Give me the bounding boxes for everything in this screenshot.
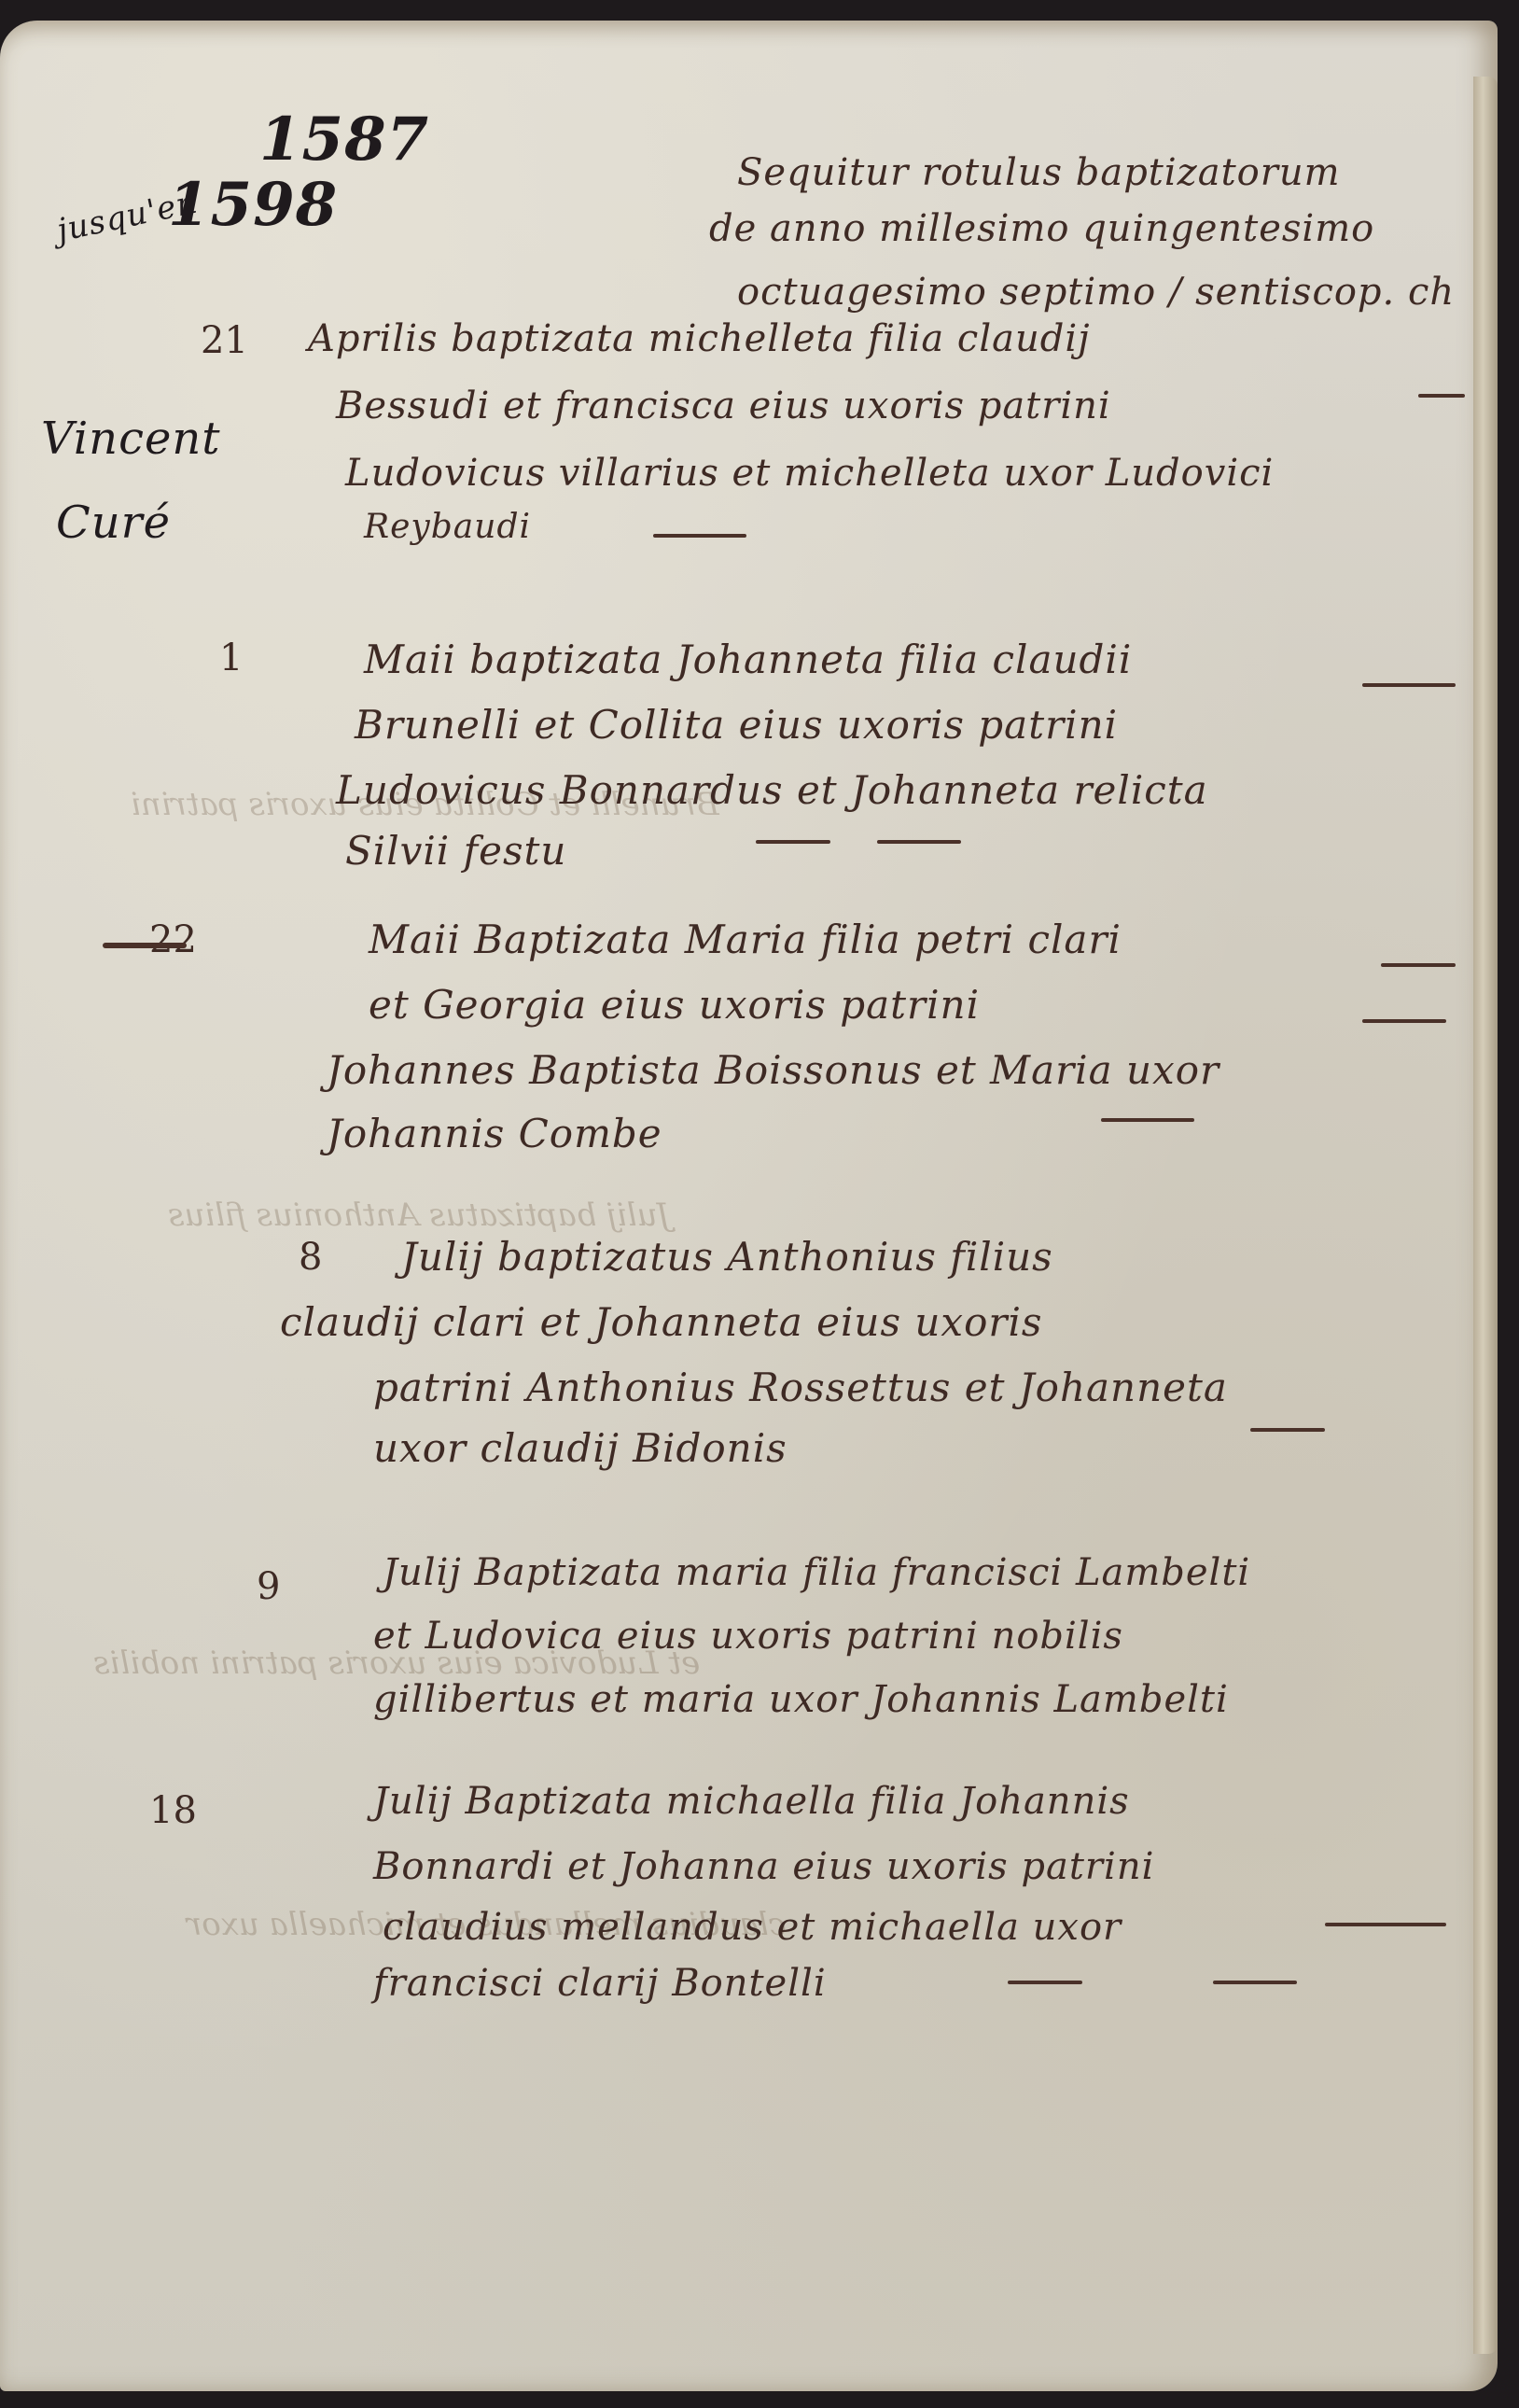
year-annotation: 1598 bbox=[168, 170, 338, 240]
year-original: 1587 bbox=[259, 105, 429, 175]
entry-line: et Georgia eius uxoris patrini bbox=[369, 982, 980, 1028]
entry-line: patrini Anthonius Rossettus et Johanneta bbox=[373, 1365, 1228, 1410]
entry-line: Johannis Combe bbox=[327, 1111, 662, 1156]
title-line-3: octuagesimo septimo / sentiscop. ch bbox=[737, 271, 1455, 314]
entry-line: Julij Baptizata maria filia francisci La… bbox=[383, 1551, 1250, 1594]
entry-line: claudius mellandus et michaella uxor bbox=[383, 1906, 1122, 1949]
line-filler-dash bbox=[653, 534, 746, 538]
entry-line: claudij clari et Johanneta eius uxoris bbox=[280, 1299, 1042, 1345]
entry-line: francisci clarij Bontelli bbox=[373, 1962, 827, 2005]
line-filler-dash bbox=[1381, 963, 1456, 967]
entry-line: Julij baptizatus Anthonius filius bbox=[401, 1234, 1053, 1280]
entry-line: Maii Baptizata Maria filia petri clari bbox=[369, 917, 1122, 962]
bleed-through-text: Julij baptizatus Anthonius filius bbox=[168, 1197, 670, 1234]
line-filler-dash bbox=[1250, 1428, 1325, 1432]
entry-line: Johannes Baptista Boissonus et Maria uxo… bbox=[327, 1047, 1219, 1093]
title-line-1: Sequitur rotulus baptizatorum bbox=[737, 151, 1341, 194]
entry-day: 9 bbox=[257, 1565, 280, 1608]
entry-day: 8 bbox=[299, 1236, 322, 1279]
line-filler-dash bbox=[1325, 1923, 1446, 1926]
entry-day: 18 bbox=[149, 1789, 197, 1832]
line-filler-dash bbox=[1418, 394, 1465, 398]
entry-day: 21 bbox=[201, 319, 248, 362]
entry-day: 22 bbox=[149, 918, 197, 961]
line-filler-dash bbox=[1362, 683, 1456, 687]
entry-line: Reybaudi bbox=[364, 508, 531, 546]
line-filler-dash bbox=[1101, 1118, 1194, 1122]
title-line-2: de anno millesimo quingentesimo bbox=[709, 207, 1374, 250]
manuscript-page: Brunelli et Collita eius uxoris patrini … bbox=[0, 21, 1498, 2391]
struck-margin-mark bbox=[103, 943, 187, 948]
entry-line: Bessudi et francisca eius uxoris patrini bbox=[336, 385, 1111, 427]
line-filler-dash bbox=[877, 840, 961, 844]
line-filler-dash bbox=[1362, 1019, 1446, 1023]
entry-line: uxor claudij Bidonis bbox=[373, 1425, 787, 1471]
margin-note-title: Curé bbox=[56, 497, 171, 549]
entry-line: gillibertus et maria uxor Johannis Lambe… bbox=[373, 1678, 1229, 1721]
entry-line: Bonnardi et Johanna eius uxoris patrini bbox=[373, 1845, 1154, 1888]
entry-line: Julij Baptizata michaella filia Johannis bbox=[373, 1780, 1130, 1823]
entry-line: Maii baptizata Johanneta filia claudii bbox=[364, 637, 1132, 682]
entry-line: Brunelli et Collita eius uxoris patrini bbox=[355, 702, 1118, 748]
entry-line: Silvii festu bbox=[345, 828, 566, 874]
entry-day: 1 bbox=[219, 637, 243, 679]
line-filler-dash bbox=[1213, 1981, 1297, 1984]
page-edge bbox=[1473, 77, 1498, 2354]
entry-line: Ludovicus villarius et michelleta uxor L… bbox=[345, 452, 1274, 495]
margin-note-name: Vincent bbox=[41, 413, 221, 465]
entry-line: Aprilis baptizata michelleta filia claud… bbox=[308, 317, 1091, 360]
entry-line: Ludovicus Bonnardus et Johanneta relicta bbox=[336, 767, 1208, 813]
entry-line: et Ludovica eius uxoris patrini nobilis bbox=[373, 1615, 1123, 1658]
line-filler-dash bbox=[1008, 1981, 1082, 1984]
line-filler-dash bbox=[756, 840, 830, 844]
